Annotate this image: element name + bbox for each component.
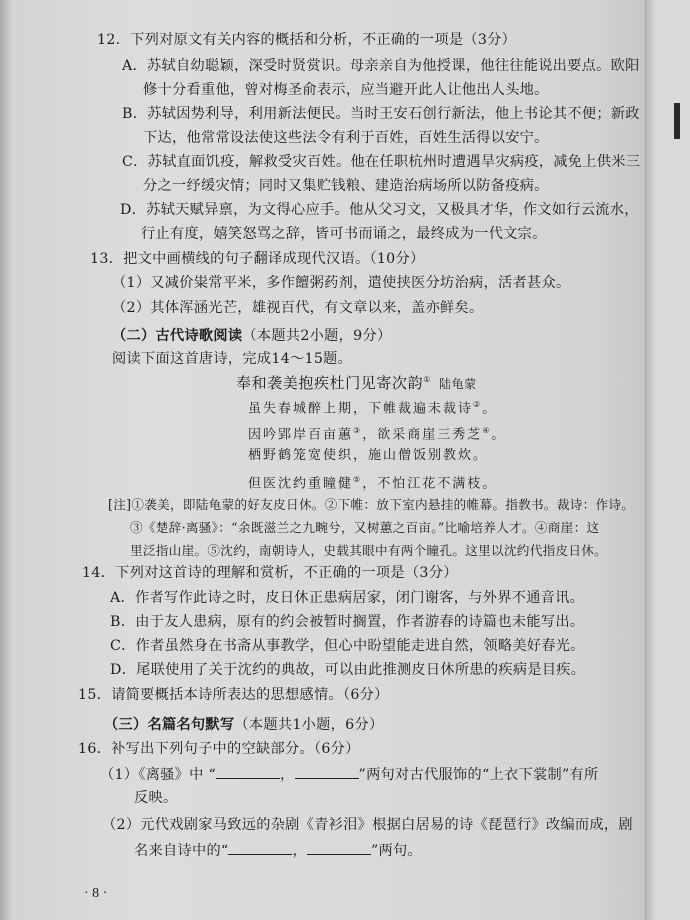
q12-option-b-cont: 下达，他常常设法使这些法令有利于百姓，百姓生活得以安宁。 xyxy=(143,128,549,148)
q16-part-1-cont: 反映。 xyxy=(134,788,177,808)
q15-stem: 15．请简要概括本诗所表达的思想感情。（6分） xyxy=(78,685,389,705)
poem-author: 陆龟蒙 xyxy=(439,377,477,391)
section2-heading: （二）古代诗歌阅读（本题共2小题，9分） xyxy=(112,326,391,346)
q14-option-d: D．尾联使用了关于沈约的典故，可以由此推测皮日休所患的疾病是目疾。 xyxy=(110,660,585,680)
q12-stem: 12．下列对原文有关内容的概括和分析，不正确的一项是（3分） xyxy=(97,30,516,50)
poem-line-1: 虽失春城醉上期，下帷裁遍未裁诗②。 xyxy=(248,395,497,419)
section2-note: （本题共2小题，9分） xyxy=(242,328,391,344)
q16-part-1: （1）《离骚》中 “，”两句对古代服饰的“上衣下裳制”有所 xyxy=(100,764,599,785)
poem-title-mark: ① xyxy=(423,375,431,384)
exam-page: 12．下列对原文有关内容的概括和分析，不正确的一项是（3分） A．苏轼自幼聪颖，… xyxy=(0,0,690,920)
q12-option-c-cont: 分之一纾缓灾情；同时又集贮钱粮、建造治病场所以防备疫病。 xyxy=(143,176,549,196)
q12-option-a-cont: 修十分看重他，曾对梅圣俞表示，应当避开此人让他出人头地。 xyxy=(143,80,549,100)
q13-sentence-2: （2）其体浑涵光芒，雄视百代，有文章以来，盖亦鲜矣。 xyxy=(112,298,484,318)
poem-note-2: ③《楚辞·离骚》：“余既滋兰之九畹兮，又树蕙之百亩。”比喻培养人才。④商崖：这 xyxy=(130,518,599,538)
poem-title-line: 奉和袭美抱疾杜门见寄次韵①陆龟蒙 xyxy=(236,370,477,394)
poem-note-3: 里泛指山崖。⑤沈约，南朝诗人，史载其眼中有两个瞳孔。这里以沈约代指皮日休。 xyxy=(130,541,607,561)
page-number: · 8 · xyxy=(84,886,107,902)
section3-note: （本题共1小题，6分） xyxy=(234,717,383,733)
poem-title: 奉和袭美抱疾杜门见寄次韵 xyxy=(236,374,423,392)
section2-title: （二）古代诗歌阅读 xyxy=(112,328,242,344)
fill-blank-3[interactable] xyxy=(228,840,292,855)
q12-option-b: B．苏轼因势利导，利用新法便民。当时王安石创行新法，他上书论其不便；新政 xyxy=(122,104,640,124)
section3-heading: （三）名篇名句默写（本题共1小题，6分） xyxy=(104,715,383,735)
poem-line-2: 因吟郢岸百亩蕙③，欲采商崖三秀芝④。 xyxy=(248,421,506,445)
q12-option-d: D．苏轼天赋异禀，为文得心应手。他从父习文，又极具才华，作文如行云流水， xyxy=(120,200,639,220)
q14-option-a: A．作者写作此诗之时，皮日休正患病居家，闭门谢客，与外界不通音讯。 xyxy=(110,588,584,608)
binding-tab xyxy=(674,103,680,139)
fill-blank-4[interactable] xyxy=(307,840,371,855)
q12-option-d-cont: 行止有度，嬉笑怒骂之辞，皆可书而诵之，最终成为一代文宗。 xyxy=(141,224,547,244)
q14-option-c: C．作者虽然身在书斋从事教学，但心中盼望能走进自然，领略美好春光。 xyxy=(110,636,585,656)
q13-stem: 13．把文中画横线的句子翻译成现代汉语。（10分） xyxy=(90,249,424,269)
fill-blank-1[interactable] xyxy=(216,764,280,779)
section2-intro: 阅读下面这首唐诗，完成14～15题。 xyxy=(112,349,352,369)
poem-line-4: 但医沈约重瞳健⑤，不怕江花不满枝。 xyxy=(248,470,497,494)
fill-blank-2[interactable] xyxy=(295,764,359,779)
q14-option-b: B．由于友人患病，原有的约会被暂时搁置，作者游春的诗篇也未能写出。 xyxy=(110,612,584,632)
page-edge xyxy=(645,0,647,920)
q16-stem: 16．补写出下列句子中的空缺部分。（6分） xyxy=(78,739,360,759)
q12-option-c: C．苏轼直面饥疫，解救受灾百姓。他在任职杭州时遭遇旱灾病疫，减免上供米三 xyxy=(122,152,640,172)
poem-note-1: [注]①袭美，即陆龟蒙的好友皮日休。②下帷：放下室内悬挂的帷幕。指教书。裁诗：作… xyxy=(108,495,634,515)
q13-sentence-1: （1）又减价粜常平米，多作饘粥药剂，遣使挟医分坊治病，活者甚众。 xyxy=(112,273,570,293)
poem-line-3: 栖野鹤笼宽使织，施山僧饭别教炊。 xyxy=(248,446,488,466)
q16-part-2-cont: 名来自诗中的“，”两句。 xyxy=(134,840,422,861)
q16-part-2: （2）元代戏剧家马致远的杂剧《青衫泪》根据白居易的诗《琵琶行》改编而成，剧 xyxy=(102,815,633,835)
q14-stem: 14．下列对这首诗的理解和赏析，不正确的一项是（3分） xyxy=(82,563,458,583)
section3-title: （三）名篇名句默写 xyxy=(104,717,234,733)
page-shadow xyxy=(0,0,12,920)
q12-option-a: A．苏轼自幼聪颖，深受时贤赏识。母亲亲自为他授课，他往往能说出要点。欧阳 xyxy=(122,56,640,76)
